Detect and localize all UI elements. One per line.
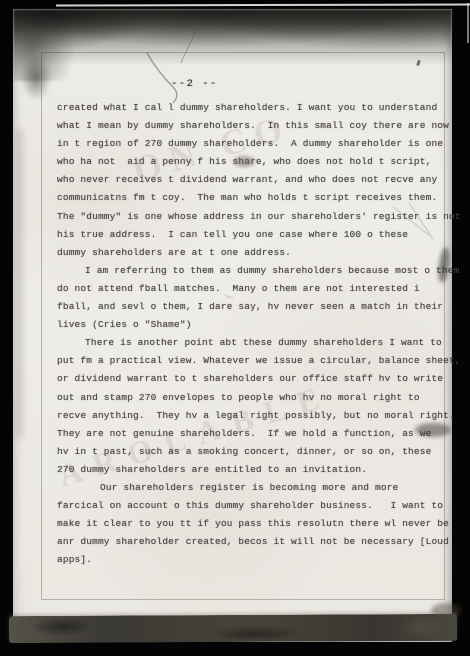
document-line: There is another point abt these dummy s…: [57, 334, 455, 352]
scan-blemish: [416, 60, 421, 67]
document-line: The "dummy" is one whose address in our …: [57, 208, 455, 226]
document-line: or dividend warrant to t shareholders ou…: [57, 370, 455, 388]
document-line: They are not genuine shareholders. If we…: [57, 425, 455, 443]
document-line: dummy shareholders are at t one address.: [57, 244, 455, 262]
document-line: in t region of 270 dummy shareholders. A…: [57, 135, 455, 153]
page-number: --2 --: [171, 78, 218, 90]
document-line: lives (Cries o "Shame"): [57, 316, 455, 334]
document-line: apps].: [57, 551, 455, 569]
document-line: do not attend fball matches. Many o them…: [57, 280, 455, 298]
scan-shadow-bottom: [9, 614, 457, 643]
document-line: anr dummy shareholder created, becos it …: [57, 533, 455, 551]
photo-frame: ON CO AROLABLE --2 -- created what I cal…: [0, 0, 470, 656]
scan-blemish: [15, 129, 24, 439]
document-line: I am referring to them as dummy sharehol…: [57, 262, 455, 280]
document-line: fball, and sevl o them, I dare say, hv n…: [57, 298, 455, 316]
document-body: created what I cal l dummy shareholders.…: [57, 99, 455, 569]
document-line: his true address. I can tell you one cas…: [57, 226, 455, 244]
document-line: recve anything. They hv a legal right po…: [57, 407, 455, 425]
document-page: ON CO AROLABLE --2 -- created what I cal…: [13, 9, 452, 642]
document-line: what I mean by dummy shareholders. In th…: [57, 117, 455, 135]
document-line: out and stamp 270 envelopes to people wh…: [57, 389, 455, 407]
scan-smudge-left-corner: [21, 55, 51, 101]
photo-edge-highlight-top: [56, 3, 470, 6]
document-line: farcical on account o this dummy shareho…: [57, 497, 455, 515]
document-line: make it clear to you tt if you pass this…: [57, 515, 455, 533]
photo-edge-highlight-right: [467, 3, 469, 43]
document-line: Our shareholders register is becoming mo…: [57, 479, 455, 497]
document-line: created what I cal l dummy shareholders.…: [57, 99, 455, 117]
document-line: who ha not aid a penny f his share, who …: [57, 153, 455, 171]
document-line: 270 dummy shareholders are entitled to a…: [57, 461, 455, 479]
document-line: put fm a practical view. Whatever we iss…: [57, 352, 455, 370]
document-line: who never receives t dividend warrant, a…: [57, 171, 455, 189]
scan-smudge-top: [13, 9, 452, 81]
document-line: hv in t past, such as a smoking concert,…: [57, 443, 455, 461]
document-line: communicatns fm t coy. The man who holds…: [57, 189, 455, 207]
